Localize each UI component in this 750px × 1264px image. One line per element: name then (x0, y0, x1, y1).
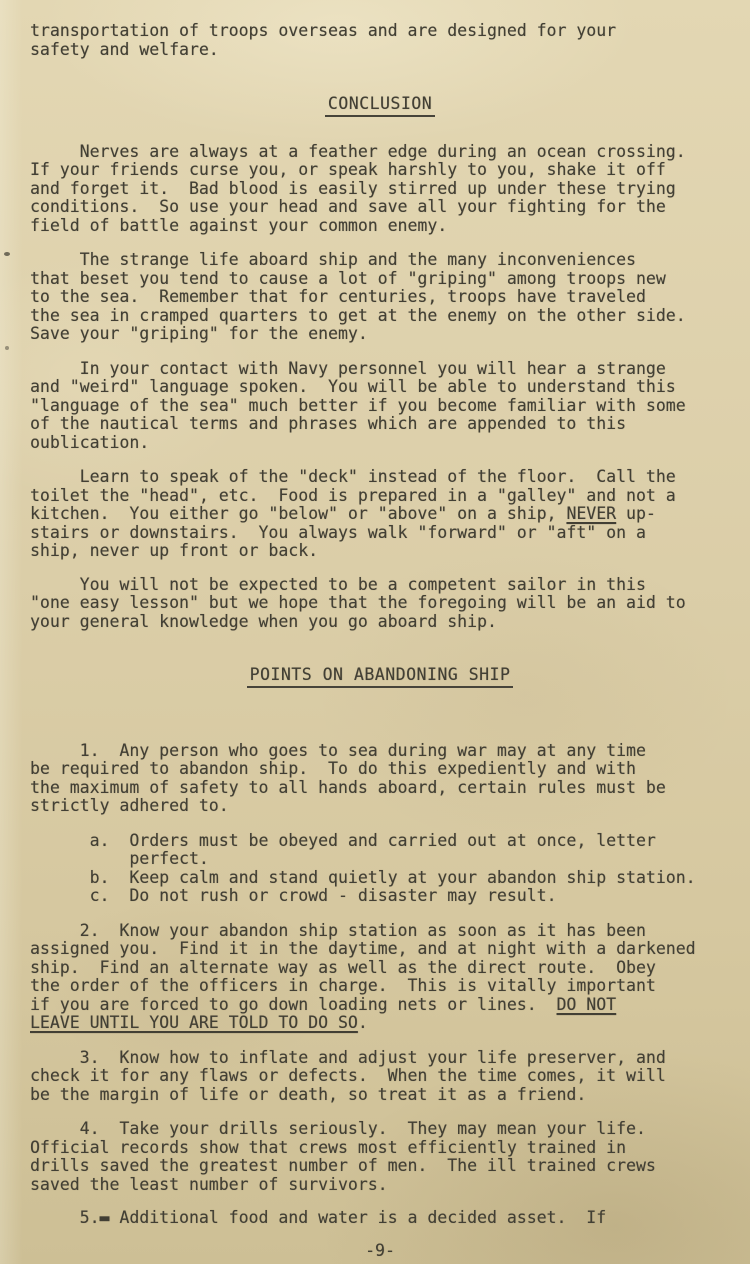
leave-until-underlined: LEAVE UNTIL YOU ARE TOLD TO DO SO (30, 1013, 358, 1032)
point-2-period: . (358, 1013, 368, 1032)
page-number: -9- (30, 1242, 730, 1261)
paragraph-sea-language: In your contact with Navy personnel you … (30, 360, 730, 453)
conclusion-heading-text: CONCLUSION (325, 95, 435, 117)
intro-paragraph: transportation of troops overseas and ar… (30, 22, 730, 59)
ink-speck (5, 346, 9, 350)
do-not-underlined: DO NOT (557, 995, 617, 1014)
paragraph-nerves: Nerves are always at a feather edge duri… (30, 143, 730, 236)
document-page: transportation of troops overseas and ar… (0, 0, 750, 1264)
paragraph-one-easy-lesson: You will not be expected to be a compete… (30, 576, 730, 632)
point-1: 1. Any person who goes to sea during war… (30, 742, 730, 816)
point-1-sub-items: a. Orders must be obeyed and carried out… (30, 832, 730, 906)
never-underlined: NEVER (566, 504, 616, 523)
ink-speck (4, 252, 10, 256)
abandoning-ship-heading-text: POINTS ON ABANDONING SHIP (247, 666, 514, 688)
point-5: 5.▬ Additional food and water is a decid… (30, 1209, 730, 1228)
point-2: 2. Know your abandon ship station as soo… (30, 922, 730, 1033)
abandoning-ship-heading: POINTS ON ABANDONING SHIP (30, 666, 730, 688)
conclusion-heading: CONCLUSION (30, 95, 730, 117)
point-4: 4. Take your drills seriously. They may … (30, 1120, 730, 1194)
paragraph-nautical-terms: Learn to speak of the "deck" instead of … (30, 468, 730, 561)
paragraph-griping: The strange life aboard ship and the man… (30, 251, 730, 344)
point-3: 3. Know how to inflate and adjust your l… (30, 1049, 730, 1105)
